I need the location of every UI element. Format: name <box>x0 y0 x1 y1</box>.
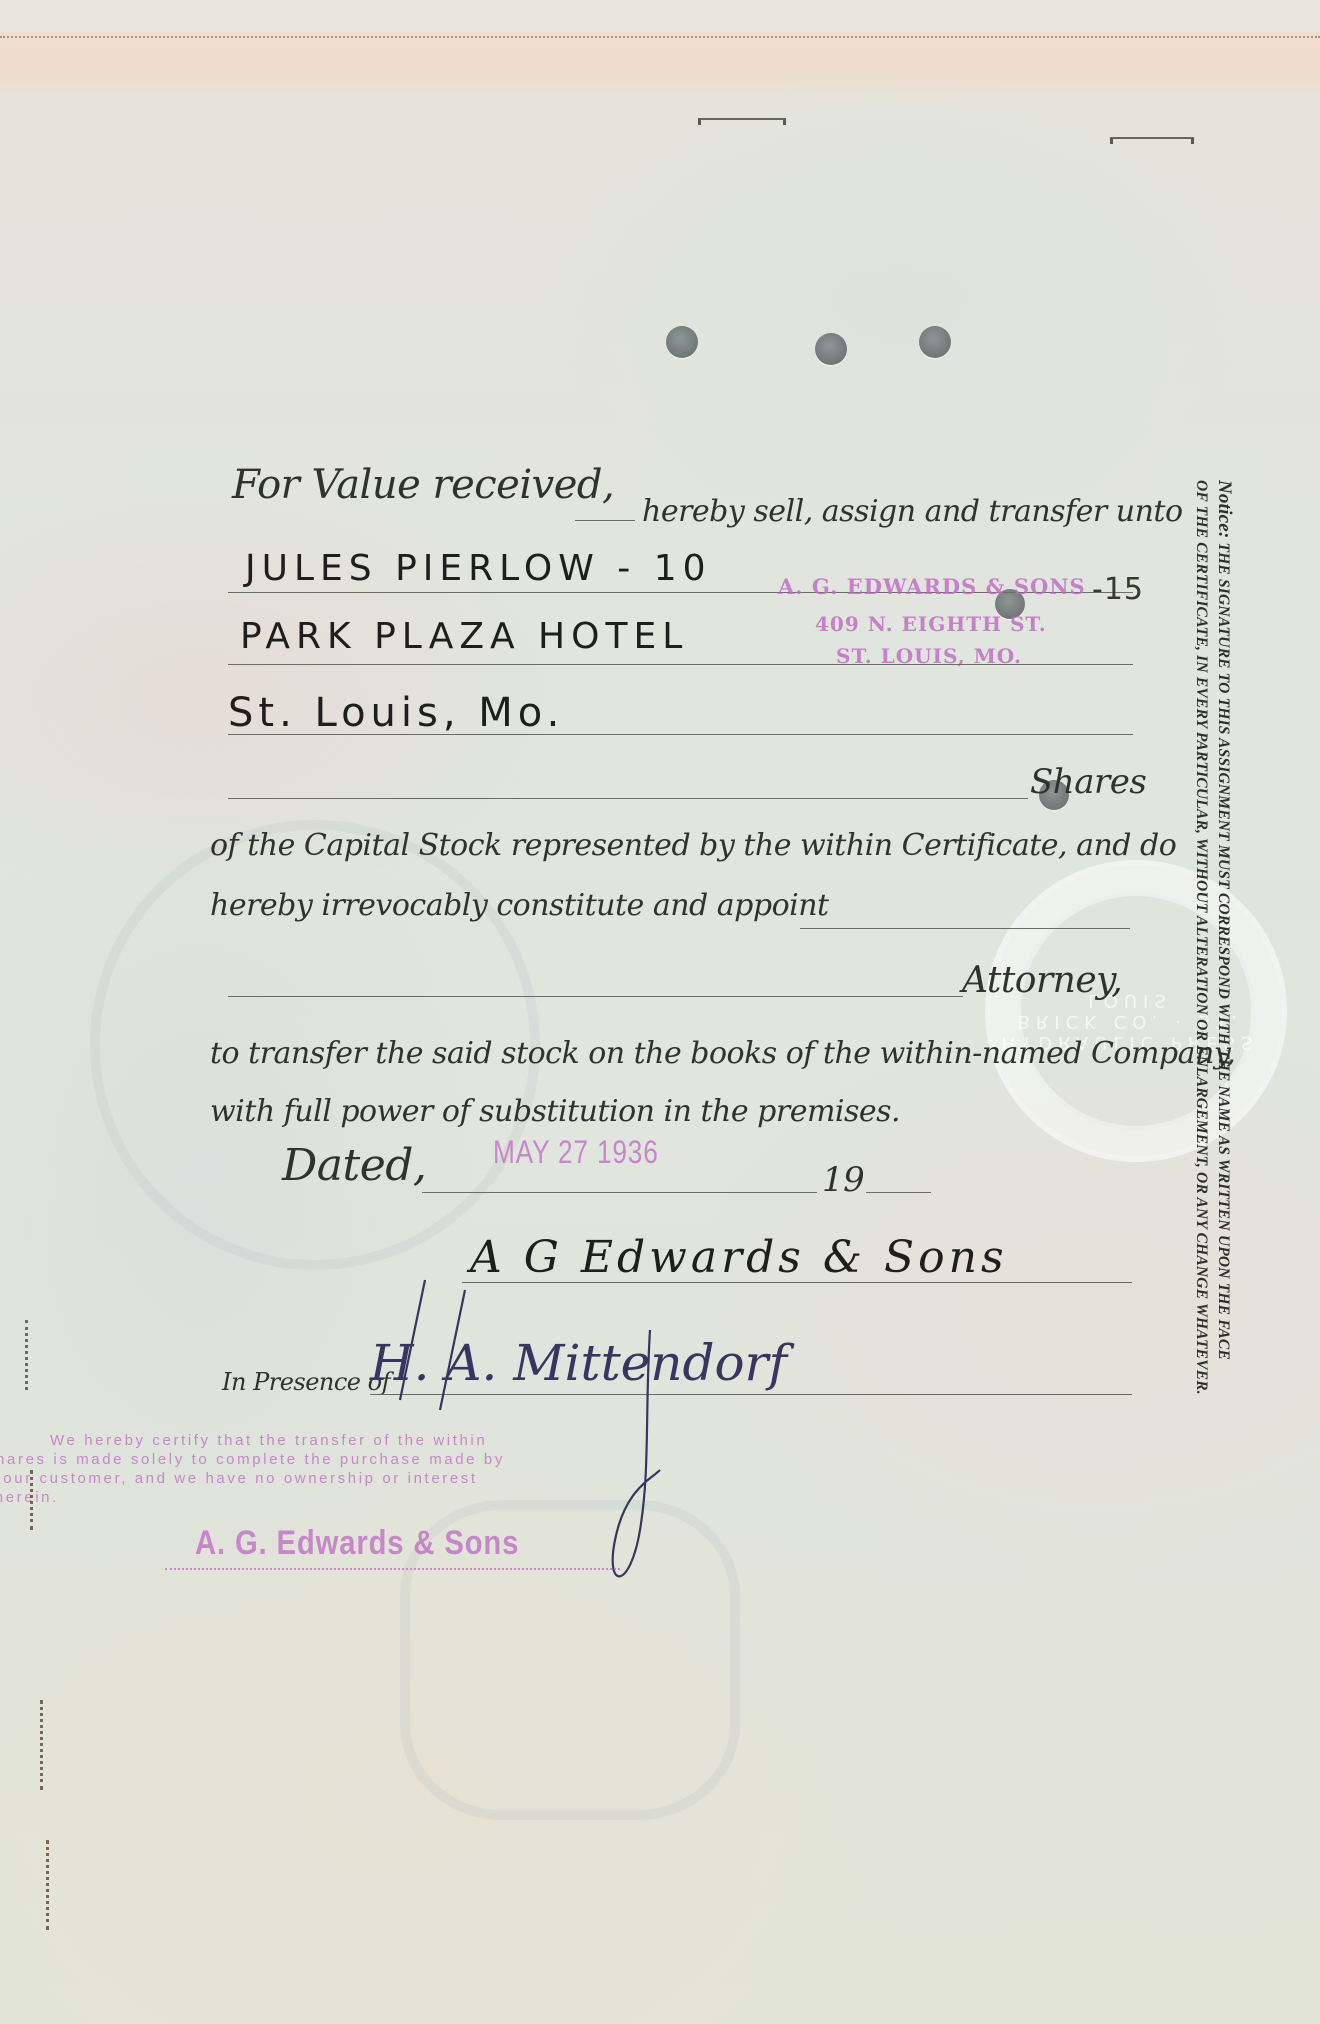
appointee-rule <box>800 928 1130 929</box>
for-value-received-text: For Value received, <box>232 462 614 508</box>
broker-street-stamp: 409 N. EIGHTH ST. <box>815 612 1047 636</box>
certification-line-1: We hereby certify that the transfer of t… <box>50 1432 487 1449</box>
certification-line-2: shares is made solely to complete the pu… <box>0 1451 505 1468</box>
number-annotation: -15 <box>1092 572 1144 607</box>
left-edge-marks <box>30 1470 39 1530</box>
attorney-name-rule <box>228 996 963 997</box>
transferee-rule-2 <box>228 664 1133 665</box>
punch-hole <box>919 326 951 358</box>
notice-line-1: THE SIGNATURE TO THIS ASSIGNMENT MUST CO… <box>1215 542 1232 1360</box>
certification-line-3: or our customer, and we have no ownershi… <box>0 1470 478 1487</box>
perforation-line <box>0 28 1320 38</box>
notice-line-2: OF THE CERTIFICATE, IN EVERY PARTICULAR,… <box>1190 480 1212 1460</box>
transferee-address: PARK PLAZA HOTEL <box>240 616 688 657</box>
certification-signature-rule <box>165 1568 620 1570</box>
top-pink-band <box>0 32 1320 102</box>
sell-assign-transfer-text: hereby sell, assign and transfer unto <box>642 494 1183 529</box>
signature-notice: Notice: THE SIGNATURE TO THIS ASSIGNMENT… <box>1175 480 1235 1460</box>
transferee-name: JULES PIERLOW - 10 <box>245 548 712 589</box>
attorney-label: Attorney, <box>962 960 1122 1001</box>
transferee-city: St. Louis, Mo. <box>228 690 564 736</box>
staple-mark <box>1110 137 1194 144</box>
staple-mark <box>698 118 786 125</box>
transfer-stock-text: to transfer the said stock on the books … <box>210 1036 1235 1071</box>
substitution-text: with full power of substitution in the p… <box>210 1094 900 1129</box>
left-edge-marks <box>25 1320 34 1390</box>
broker-name-stamp: A. G. EDWARDS & SONS <box>778 574 1086 599</box>
shares-label: Shares <box>1030 762 1146 802</box>
transferee-rule-3 <box>228 734 1133 735</box>
appoint-text: hereby irrevocably constitute and appoin… <box>210 888 829 923</box>
punch-hole <box>666 326 698 358</box>
left-edge-marks <box>40 1700 49 1790</box>
year-rule <box>866 1192 931 1193</box>
in-presence-of-label: In Presence of <box>222 1368 390 1396</box>
shares-count-rule <box>228 798 1028 799</box>
capital-stock-text: of the Capital Stock represented by the … <box>210 828 1176 863</box>
notice-lead: Notice: <box>1214 480 1235 538</box>
year-prefix: 19 <box>822 1160 864 1200</box>
dated-label: Dated, <box>282 1140 426 1191</box>
punch-hole <box>815 333 847 365</box>
left-edge-marks <box>46 1840 55 1930</box>
assignor-blank-rule <box>575 520 635 521</box>
date-stamp: MAY 27 1936 <box>493 1134 659 1171</box>
date-rule <box>422 1192 817 1193</box>
certification-signature-stamp: A. G. Edwards & Sons <box>195 1524 519 1563</box>
